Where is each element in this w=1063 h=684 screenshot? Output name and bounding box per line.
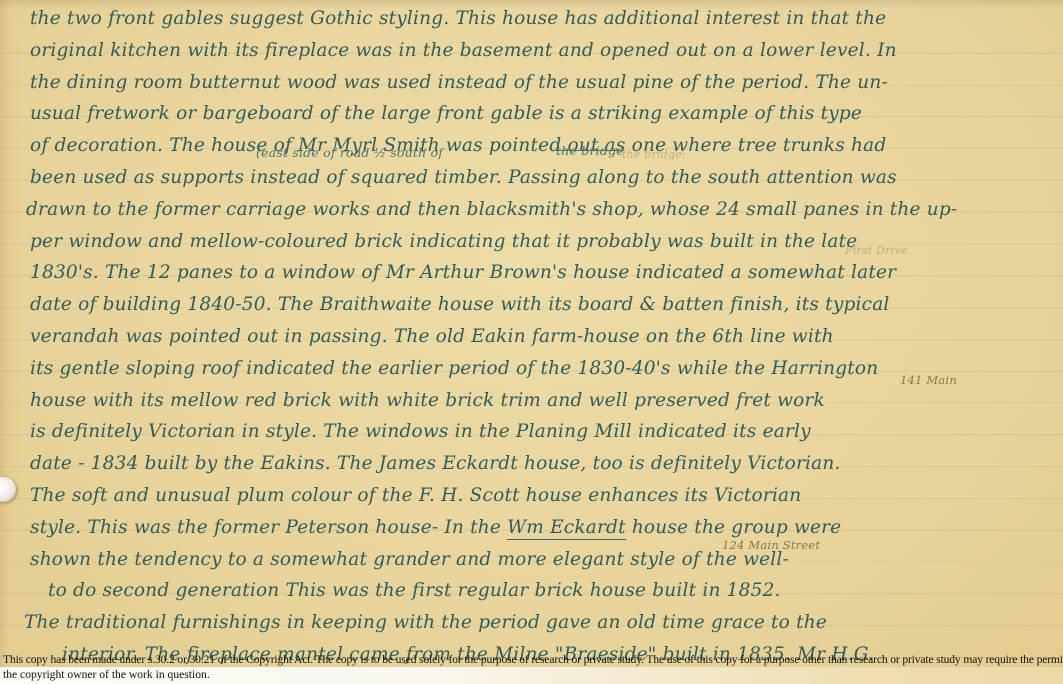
copyright-stamp-line2: the copyright owner of the work in quest… <box>3 668 210 681</box>
copyright-stamp-line1: This copy has been made under s.30.2 or … <box>3 653 1063 666</box>
manuscript-line-11: verandah was pointed out in passing. The… <box>0 321 1063 353</box>
manuscript-line-1: the two front gables suggest Gothic styl… <box>0 3 1063 35</box>
manuscript-line-14: is definitely Victorian in style. The wi… <box>0 416 1063 448</box>
underlined-name: Wm Eckardt <box>507 517 626 540</box>
manuscript-line-9: 1830's. The 12 panes to a window of Mr A… <box>0 257 1063 289</box>
manuscript-text-segment: style. This was the former Peterson hous… <box>30 517 507 538</box>
annotation-1: (east side of road ½ south of <box>256 145 443 160</box>
manuscript-line-15: date - 1834 built by the Eakins. The Jam… <box>0 448 1063 480</box>
annotation-3: the bridge: <box>622 148 686 161</box>
manuscript-line-6: been used as supports instead of squared… <box>0 162 1063 194</box>
manuscript-line-2: original kitchen with its fireplace was … <box>0 35 1063 67</box>
manuscript-line-3: the dining room butternut wood was used … <box>0 67 1063 99</box>
manuscript-line-16: The soft and unusual plum colour of the … <box>0 480 1063 512</box>
manuscript-line-17: style. This was the former Peterson hous… <box>0 512 1063 544</box>
manuscript-line-7: drawn to the former carriage works and t… <box>0 194 1063 226</box>
annotation-5: 141 Main <box>900 373 957 387</box>
annotation-6: 124 Main Street <box>722 538 820 552</box>
manuscript-line-5: of decoration. The house of Mr Myrl Smit… <box>0 130 1063 162</box>
manuscript-line-18: shown the tendency to a somewhat grander… <box>0 544 1063 576</box>
scanned-document-page: the two front gables suggest Gothic styl… <box>0 0 1063 684</box>
annotation-4: First Drive. <box>845 244 911 257</box>
manuscript-line-20: The traditional furnishings in keeping w… <box>0 607 1063 639</box>
manuscript-text-segment: house the group were <box>626 517 842 538</box>
manuscript-line-4: usual fretwork or bargeboard of the larg… <box>0 98 1063 130</box>
manuscript-line-10: date of building 1840-50. The Braithwait… <box>0 289 1063 321</box>
manuscript-line-19: to do second generation This was the fir… <box>0 575 1063 607</box>
manuscript-line-13: house with its mellow red brick with whi… <box>0 385 1063 417</box>
handwritten-text-block: the two front gables suggest Gothic styl… <box>0 3 1063 671</box>
annotation-2: the bridge <box>556 143 624 158</box>
